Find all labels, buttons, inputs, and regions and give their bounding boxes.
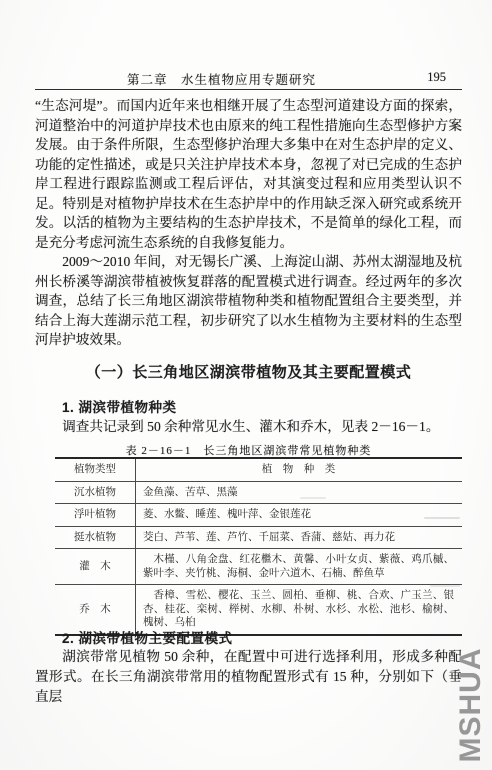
table-row: 挺水植物 茭白、芦苇、莲、芦竹、千屈菜、香蒲、慈姑、再力花 bbox=[55, 526, 462, 549]
running-head: 第二章 水生植物应用专题研究 195 bbox=[35, 70, 462, 87]
paragraph-ecological-revetment: “生态河堤”。而国内近年来也相继开展了生态型河道建设方面的探索，河道整治中的河道… bbox=[35, 96, 462, 252]
subsection-2-paragraph: 湖滨带常见植物 50 余种，在配置中可进行选择利用，形成多种配置形式。在长三角湖… bbox=[35, 647, 462, 706]
page-number: 195 bbox=[427, 70, 446, 85]
cell-plant-type: 沉水植物 bbox=[55, 481, 136, 504]
section-heading: （一）长三角地区湖滨带植物及其主要配置模式 bbox=[35, 361, 462, 382]
subsection-1-title: 1. 湖滨带植物种类 bbox=[62, 396, 177, 416]
plant-species-table: 植物类型 植 物 种 类 沉水植物 金鱼藻、苦草、黑藻 浮叶植物 菱、水鳖、睡莲… bbox=[55, 457, 462, 636]
table-row: 浮叶植物 菱、水鳖、睡莲、槐叶萍、金银莲花 bbox=[55, 504, 462, 527]
watermark-text: MSHUA bbox=[454, 638, 486, 770]
scan-artifact bbox=[424, 517, 460, 519]
cell-plant-type: 灌 木 bbox=[55, 549, 136, 585]
table-row: 灌 木 木槿、八角金盘、红花檵木、黄馨、小叶女贞、紫薇、鸡爪槭、紫叶李、夹竹桃、… bbox=[55, 549, 462, 585]
cell-plant-species: 茭白、芦苇、莲、芦竹、千屈菜、香蒲、慈姑、再力花 bbox=[136, 526, 463, 549]
column-header-plant-type: 植物类型 bbox=[55, 458, 136, 481]
scan-artifact bbox=[300, 497, 326, 499]
scan-artifact bbox=[430, 585, 460, 587]
table-header-row: 植物类型 植 物 种 类 bbox=[55, 458, 462, 481]
subsection-1-paragraph: 调查共记录到 50 余种常见水生、灌木和乔木，见表 2－16－1。 bbox=[35, 417, 462, 437]
chapter-title: 第二章 水生植物应用专题研究 bbox=[35, 70, 408, 88]
table-row: 沉水植物 金鱼藻、苦草、黑藻 bbox=[55, 481, 462, 504]
cell-plant-species: 金鱼藻、苦草、黑藻 bbox=[136, 481, 463, 504]
scanned-book-page: 第二章 水生植物应用专题研究 195 “生态河堤”。而国内近年来也相继开展了生态… bbox=[0, 0, 492, 770]
header-rule bbox=[35, 89, 462, 90]
cell-plant-species: 木槿、八角金盘、红花檵木、黄馨、小叶女贞、紫薇、鸡爪槭、紫叶李、夹竹桃、海桐、金… bbox=[136, 549, 463, 585]
body-text-block: “生态河堤”。而国内近年来也相继开展了生态型河道建设方面的探索，河道整治中的河道… bbox=[35, 96, 462, 350]
cell-plant-type: 挺水植物 bbox=[55, 526, 136, 549]
column-header-plant-species: 植 物 种 类 bbox=[136, 458, 463, 481]
cell-plant-species: 菱、水鳖、睡莲、槐叶萍、金银莲花 bbox=[136, 504, 463, 527]
paragraph-survey-2009-2010: 2009～2010 年间，对无锡长广溪、上海淀山湖、苏州太湖湿地及杭州长桥溪等湖… bbox=[35, 252, 462, 350]
subsection-2-title: 2. 湖滨带植物主要配置模式 bbox=[62, 627, 233, 647]
table-caption: 表 2－16－1 长三角地区湖滨带常见植物种类 bbox=[35, 442, 462, 458]
cell-plant-type: 浮叶植物 bbox=[55, 504, 136, 527]
